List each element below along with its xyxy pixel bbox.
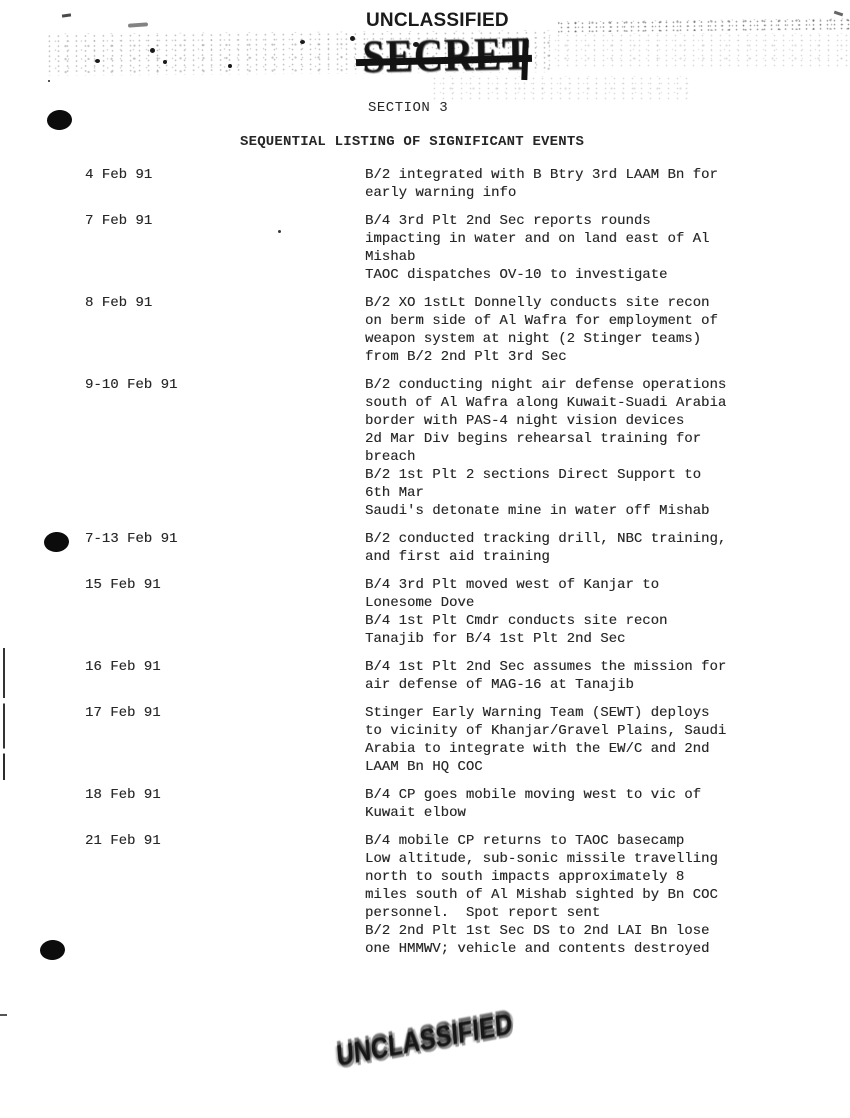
event-date: 15 Feb 91 bbox=[85, 576, 365, 648]
event-description: B/4 1st Plt 2nd Sec assumes the mission … bbox=[365, 658, 726, 694]
event-row: 4 Feb 91 B/2 integrated with B Btry 3rd … bbox=[0, 166, 850, 202]
scan-blot bbox=[300, 40, 305, 44]
event-description: B/2 integrated with B Btry 3rd LAAM Bn f… bbox=[365, 166, 718, 202]
event-date: 4 Feb 91 bbox=[85, 166, 365, 202]
event-description: Stinger Early Warning Team (SEWT) deploy… bbox=[365, 704, 726, 776]
event-date: 9-10 Feb 91 bbox=[85, 376, 365, 520]
event-row: 17 Feb 91 Stinger Early Warning Team (SE… bbox=[0, 704, 850, 776]
event-description: B/2 conducting night air defense operati… bbox=[365, 376, 726, 520]
bottom-unclassified-stamp: UNCLASSIFIED bbox=[335, 1007, 513, 1074]
event-row: 16 Feb 91 B/4 1st Plt 2nd Sec assumes th… bbox=[0, 658, 850, 694]
scan-noise-band bbox=[545, 33, 850, 67]
event-description: B/4 CP goes mobile moving west to vic of… bbox=[365, 786, 701, 822]
event-row: 8 Feb 91 B/2 XO 1stLt Donnelly conducts … bbox=[0, 294, 850, 366]
listing-title: SEQUENTIAL LISTING OF SIGNIFICANT EVENTS bbox=[240, 134, 584, 150]
event-row: 7 Feb 91 B/4 3rd Plt 2nd Sec reports rou… bbox=[0, 212, 850, 284]
scan-blot bbox=[150, 48, 155, 53]
scan-mark bbox=[0, 1014, 7, 1016]
scan-line-artifact bbox=[3, 648, 5, 780]
secret-stamp: SECRET bbox=[362, 34, 542, 86]
event-date: 21 Feb 91 bbox=[85, 832, 365, 958]
punch-hole bbox=[46, 109, 72, 131]
event-row: 21 Feb 91 B/4 mobile CP returns to TAOC … bbox=[0, 832, 850, 958]
event-date: 8 Feb 91 bbox=[85, 294, 365, 366]
event-description: B/2 XO 1stLt Donnelly conducts site reco… bbox=[365, 294, 718, 366]
scan-mark bbox=[128, 22, 148, 27]
scan-mark bbox=[834, 11, 843, 17]
event-date: 7 Feb 91 bbox=[85, 212, 365, 284]
event-description: B/4 mobile CP returns to TAOC basecamp L… bbox=[365, 832, 718, 958]
events-list: 4 Feb 91 B/2 integrated with B Btry 3rd … bbox=[0, 166, 850, 968]
event-description: B/4 3rd Plt 2nd Sec reports rounds impac… bbox=[365, 212, 709, 284]
scan-noise-band bbox=[558, 18, 850, 32]
scan-blot bbox=[163, 60, 167, 64]
event-date: 16 Feb 91 bbox=[85, 658, 365, 694]
scan-blot bbox=[95, 59, 100, 63]
event-row: 9-10 Feb 91 B/2 conducting night air def… bbox=[0, 376, 850, 520]
event-date: 17 Feb 91 bbox=[85, 704, 365, 776]
event-description: B/4 3rd Plt moved west of Kanjar to Lone… bbox=[365, 576, 667, 648]
scan-blot bbox=[228, 64, 232, 68]
event-date: 7-13 Feb 91 bbox=[85, 530, 365, 566]
section-title: SECTION 3 bbox=[368, 100, 448, 116]
event-row: 15 Feb 91 B/4 3rd Plt moved west of Kanj… bbox=[0, 576, 850, 648]
scan-mark bbox=[62, 13, 71, 17]
event-row: 7-13 Feb 91 B/2 conducted tracking drill… bbox=[0, 530, 850, 566]
scanned-document-page: UNCLASSIFIED SECRET SECTION 3 SEQUENTIAL… bbox=[0, 0, 850, 1118]
scan-mark bbox=[48, 80, 50, 82]
event-row: 18 Feb 91 B/4 CP goes mobile moving west… bbox=[0, 786, 850, 822]
scan-blot bbox=[350, 36, 355, 41]
event-description: B/2 conducted tracking drill, NBC traini… bbox=[365, 530, 726, 566]
event-date: 18 Feb 91 bbox=[85, 786, 365, 822]
